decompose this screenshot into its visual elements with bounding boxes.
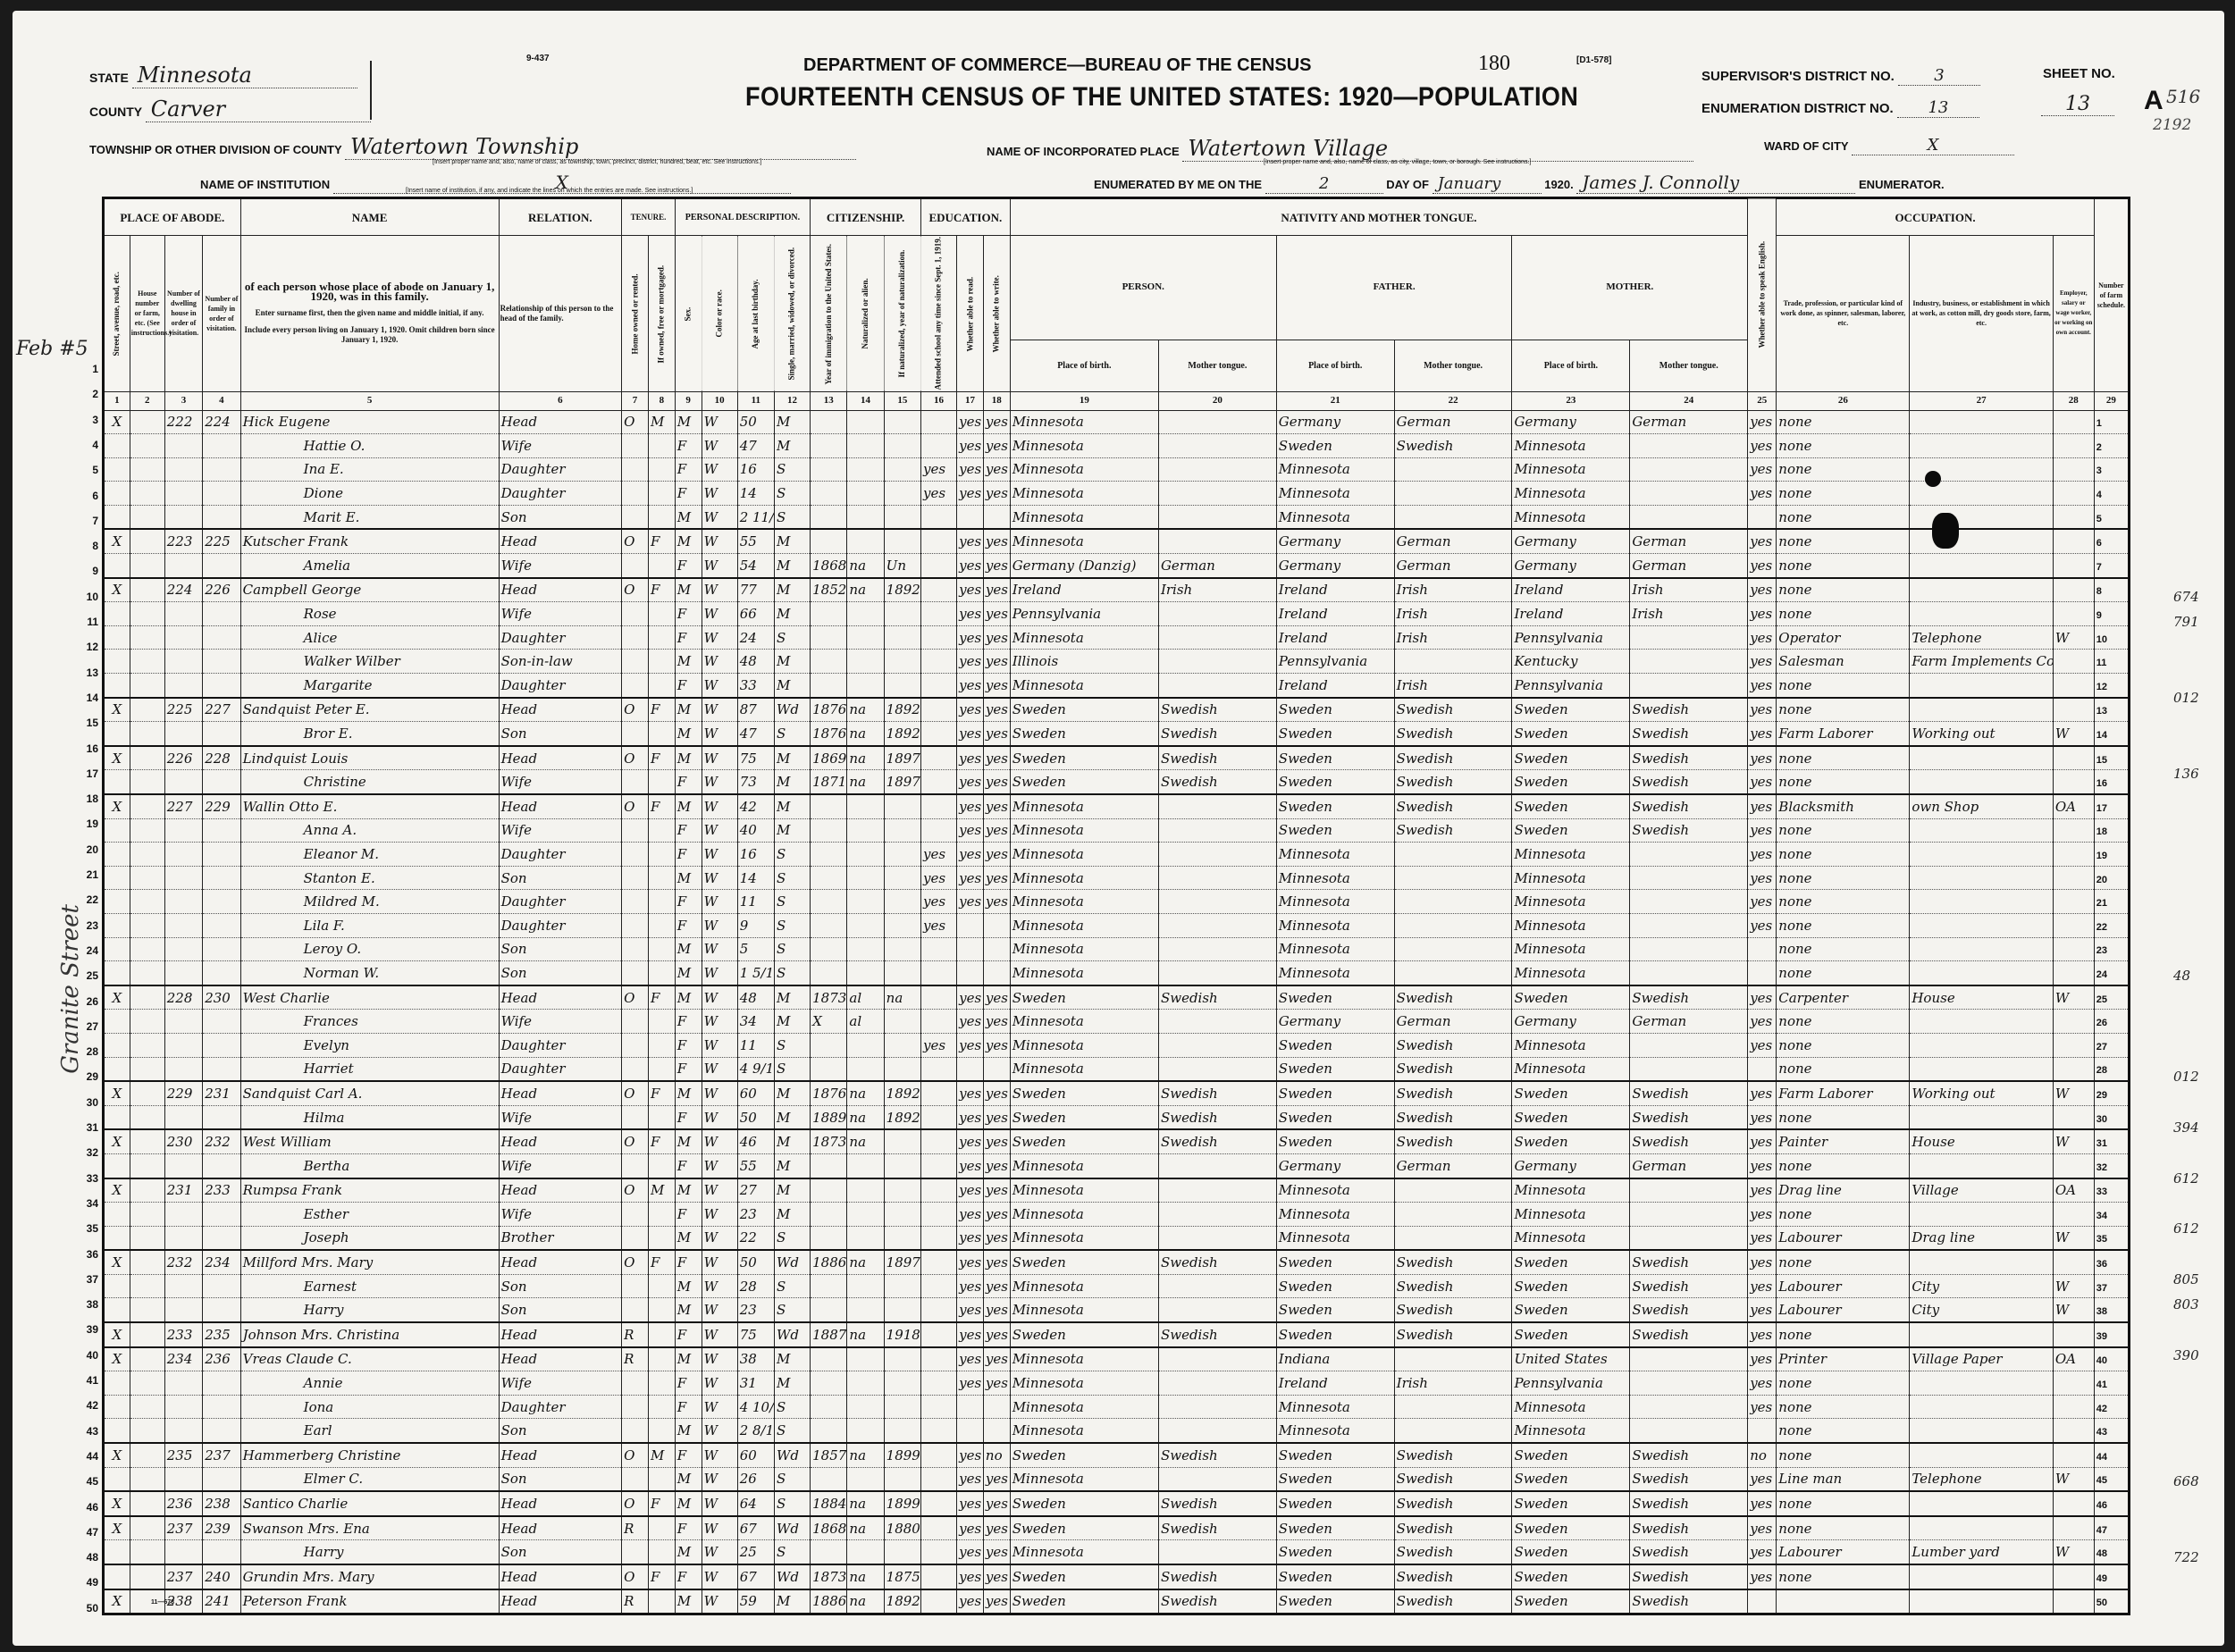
cell-relation: Wife [499, 1371, 622, 1396]
cell-home-owned [622, 1153, 649, 1178]
cell-read: yes [957, 1203, 984, 1227]
cell-relation: Son [499, 961, 622, 985]
cell-mother-birthplace: Pennsylvania [1512, 1371, 1630, 1396]
cell-race: W [702, 890, 737, 914]
cell-relation: Head [499, 410, 622, 434]
cell-naturalization-year: 1918 [884, 1322, 920, 1347]
cell-marital-status: S [774, 961, 810, 985]
cell-family-number: 241 [203, 1589, 240, 1614]
cell-attended-school [920, 1057, 956, 1081]
cell-dwelling-number [164, 1298, 202, 1322]
column-number: 2 [130, 391, 164, 410]
cell-person-name: Johnson Mrs. Christina [240, 1322, 499, 1347]
cell-street: X [104, 529, 130, 553]
cell-mother-birthplace: Sweden [1512, 1491, 1630, 1516]
cell-write: yes [983, 1589, 1010, 1614]
cell-immigration-year [811, 818, 847, 843]
cell-speaks-english [1748, 961, 1777, 985]
cell-marital-status: Wd [774, 698, 810, 722]
cell-street [104, 890, 130, 914]
col-father-pob: Place of birth. [1276, 340, 1394, 391]
cell-industry [1910, 1371, 2054, 1396]
cell-employer-class [2053, 1589, 2094, 1614]
cell-farm-schedule: 10 [2094, 625, 2129, 650]
cell-employer-class: W [2053, 1226, 2094, 1250]
cell-home-owned [622, 1057, 649, 1081]
cell-mother-tongue [1158, 1347, 1276, 1371]
cell-industry [1910, 1491, 2054, 1516]
cell-naturalized [847, 913, 884, 937]
cell-mother-tongue [1158, 505, 1276, 529]
cell-mother-tongue-mother [1630, 1057, 1748, 1081]
cell-occupation: none [1777, 1419, 1910, 1443]
cell-race: W [702, 866, 737, 890]
table-row: Anna A.WifeFW40MyesyesMinnesotaSwedenSwe… [104, 818, 2130, 843]
line-number: 50 [2096, 1597, 2107, 1608]
cell-father-birthplace: Sweden [1276, 985, 1394, 1010]
cell-immigration-year [811, 457, 847, 482]
cell-mother-birthplace: Sweden [1512, 818, 1630, 843]
cell-birthplace: Minnesota [1010, 1203, 1158, 1227]
left-line-number: 15 [71, 717, 98, 729]
cell-house-number [130, 529, 164, 553]
cell-read [957, 937, 984, 961]
line-number: 13 [2096, 706, 2107, 717]
cell-occupation: none [1777, 1153, 1910, 1178]
cell-naturalization-year [884, 1467, 920, 1491]
cell-occupation: none [1777, 1322, 1910, 1347]
cell-free-mortgaged [648, 961, 675, 985]
cell-home-owned [622, 866, 649, 890]
cell-read: yes [957, 698, 984, 722]
col-mother: MOTHER. [1512, 236, 1748, 340]
cell-mother-tongue-mother: Swedish [1630, 1491, 1748, 1516]
cell-naturalization-year [884, 625, 920, 650]
cell-street [104, 1153, 130, 1178]
cell-house-number [130, 1203, 164, 1227]
cell-employer-class [2053, 578, 2094, 602]
cell-sex: F [675, 434, 702, 458]
cell-race: W [702, 482, 737, 506]
cell-birthplace: Sweden [1010, 1491, 1158, 1516]
supervisor-label: SUPERVISOR'S DISTRICT NO. [1701, 69, 1895, 84]
cell-birthplace: Sweden [1010, 1516, 1158, 1540]
cell-father-tongue: Swedish [1394, 1129, 1512, 1153]
cell-person-name: Millford Mrs. Mary [240, 1250, 499, 1274]
cell-attended-school [920, 554, 956, 578]
cell-read [957, 1395, 984, 1419]
cell-street [104, 1540, 130, 1564]
cell-occupation: Labourer [1777, 1540, 1910, 1564]
cell-age: 67 [737, 1564, 774, 1589]
cell-write: yes [983, 410, 1010, 434]
cell-immigration-year: 1886 [811, 1589, 847, 1614]
cell-speaks-english: yes [1748, 1010, 1777, 1034]
cell-father-birthplace: Sweden [1276, 1322, 1394, 1347]
cell-home-owned: O [622, 1081, 649, 1105]
cell-write: yes [983, 674, 1010, 698]
cell-attended-school [920, 1105, 956, 1129]
cell-family-number [203, 1033, 240, 1057]
cell-father-birthplace: Sweden [1276, 1250, 1394, 1274]
cell-mother-birthplace: Sweden [1512, 794, 1630, 818]
cell-marital-status: M [774, 1081, 810, 1105]
cell-age: 60 [737, 1081, 774, 1105]
cell-marital-status: S [774, 1033, 810, 1057]
cell-occupation: Painter [1777, 1129, 1910, 1153]
cell-naturalization-year [884, 1274, 920, 1298]
column-number: 25 [1748, 391, 1777, 410]
cell-naturalized: na [847, 722, 884, 746]
cell-mother-birthplace: Minnesota [1512, 1419, 1630, 1443]
cell-immigration-year: 1871 [811, 770, 847, 794]
cell-mother-tongue-mother [1630, 457, 1748, 482]
left-line-number: 42 [71, 1399, 98, 1412]
cell-home-owned [622, 602, 649, 626]
cell-mother-birthplace: Germany [1512, 1153, 1630, 1178]
cell-mother-birthplace: Sweden [1512, 1081, 1630, 1105]
right-margin-note: 612 [2173, 1220, 2199, 1237]
cell-street [104, 457, 130, 482]
cell-age: 31 [737, 1371, 774, 1396]
cell-family-number: 237 [203, 1443, 240, 1467]
cell-naturalization-year: 1897 [884, 746, 920, 770]
cell-sex: F [675, 1516, 702, 1540]
cell-farm-schedule: 31 [2094, 1129, 2129, 1153]
cell-house-number [130, 698, 164, 722]
cell-birthplace: Minnesota [1010, 674, 1158, 698]
cell-naturalization-year [884, 650, 920, 674]
cell-free-mortgaged [648, 1226, 675, 1250]
incorporated-place-value: Watertown Village [1182, 136, 1693, 162]
cell-free-mortgaged: M [648, 410, 675, 434]
cell-marital-status: M [774, 1153, 810, 1178]
cell-house-number [130, 1129, 164, 1153]
cell-family-number [203, 961, 240, 985]
cell-occupation: none [1777, 890, 1910, 914]
cell-immigration-year: 1876 [811, 698, 847, 722]
cell-mother-tongue [1158, 1010, 1276, 1034]
cell-sex: F [675, 818, 702, 843]
cell-age: 11 [737, 1033, 774, 1057]
line-number: 12 [2096, 682, 2107, 692]
cell-home-owned: O [622, 746, 649, 770]
cell-naturalized [847, 457, 884, 482]
cell-industry [1910, 1564, 2054, 1589]
cell-age: 47 [737, 434, 774, 458]
cell-naturalized: na [847, 1322, 884, 1347]
cell-mother-tongue: Swedish [1158, 1081, 1276, 1105]
cell-mother-tongue-mother: Irish [1630, 578, 1748, 602]
cell-father-birthplace: Germany [1276, 1153, 1394, 1178]
cell-industry [1910, 1322, 2054, 1347]
cell-father-tongue [1394, 1395, 1512, 1419]
cell-mother-tongue-mother [1630, 1226, 1748, 1250]
cell-sex: M [675, 1298, 702, 1322]
col-father: FATHER. [1276, 236, 1512, 340]
cell-immigration-year [811, 961, 847, 985]
col-sex: Sex. [675, 236, 702, 392]
cell-naturalization-year [884, 529, 920, 553]
cell-age: 34 [737, 1010, 774, 1034]
cell-employer-class [2053, 1250, 2094, 1274]
cell-home-owned [622, 843, 649, 867]
cell-birthplace: Minnesota [1010, 1274, 1158, 1298]
cell-street [104, 1203, 130, 1227]
cell-industry: own Shop [1910, 794, 2054, 818]
cell-relation: Wife [499, 1203, 622, 1227]
right-margin-note: 136 [2173, 766, 2199, 782]
cell-read: yes [957, 770, 984, 794]
line-number: 15 [2096, 755, 2107, 766]
cell-mother-tongue: Swedish [1158, 1129, 1276, 1153]
column-number: 15 [884, 391, 920, 410]
cell-write: yes [983, 1153, 1010, 1178]
cell-marital-status: M [774, 1589, 810, 1614]
cell-street [104, 770, 130, 794]
cell-attended-school [920, 410, 956, 434]
cell-person-name: Margarite [240, 674, 499, 698]
cell-family-number [203, 1105, 240, 1129]
cell-immigration-year [811, 1540, 847, 1564]
cell-speaks-english: yes [1748, 578, 1777, 602]
cell-naturalized: na [847, 1564, 884, 1589]
right-margin-note: 805 [2173, 1271, 2199, 1287]
cell-person-name: Harry [240, 1540, 499, 1564]
cell-industry: Telephone [1910, 625, 2054, 650]
cell-dwelling-number [164, 1033, 202, 1057]
cell-family-number [203, 1153, 240, 1178]
left-line-number: 6 [71, 490, 98, 502]
cell-street [104, 843, 130, 867]
cell-street [104, 913, 130, 937]
cell-naturalization-year [884, 1347, 920, 1371]
cell-mother-tongue [1158, 1153, 1276, 1178]
cell-relation: Head [499, 1589, 622, 1614]
cell-father-tongue: Swedish [1394, 1564, 1512, 1589]
left-line-number: 27 [71, 1020, 98, 1033]
table-row: X234236Vreas Claude C.HeadRMW38MyesyesMi… [104, 1347, 2130, 1371]
cell-age: 60 [737, 1443, 774, 1467]
table-row: EarnestSonMW28SyesyesMinnesotaSwedenSwed… [104, 1274, 2130, 1298]
cell-dwelling-number: 226 [164, 746, 202, 770]
cell-speaks-english: yes [1748, 482, 1777, 506]
cell-father-tongue [1394, 961, 1512, 985]
cell-home-owned [622, 1540, 649, 1564]
cell-attended-school [920, 722, 956, 746]
cell-industry: Lumber yard [1910, 1540, 2054, 1564]
day-of-label: DAY OF [1386, 178, 1429, 191]
cell-person-name: Campbell George [240, 578, 499, 602]
cell-immigration-year: 1873 [811, 1564, 847, 1589]
cell-naturalization-year: 1897 [884, 1250, 920, 1274]
cell-house-number [130, 961, 164, 985]
cell-sex: F [675, 770, 702, 794]
cell-speaks-english: yes [1748, 1564, 1777, 1589]
cell-home-owned [622, 722, 649, 746]
cell-father-tongue [1394, 843, 1512, 867]
cell-naturalized [847, 650, 884, 674]
cell-speaks-english: yes [1748, 698, 1777, 722]
cell-speaks-english: yes [1748, 410, 1777, 434]
cell-mother-tongue [1158, 818, 1276, 843]
cell-mother-tongue: Swedish [1158, 1322, 1276, 1347]
cell-sex: M [675, 746, 702, 770]
enumerated-month: January [1433, 174, 1542, 194]
cell-street [104, 1274, 130, 1298]
cell-home-owned [622, 625, 649, 650]
cell-occupation: Labourer [1777, 1226, 1910, 1250]
line-number: 39 [2096, 1331, 2107, 1342]
table-row: X233235Johnson Mrs. ChristinaHeadRFW75Wd… [104, 1322, 2130, 1347]
cell-sex: F [675, 625, 702, 650]
cell-house-number [130, 1178, 164, 1203]
cell-relation: Head [499, 1178, 622, 1203]
cell-family-number [203, 457, 240, 482]
cell-dwelling-number [164, 434, 202, 458]
cell-farm-schedule: 15 [2094, 746, 2129, 770]
column-number: 29 [2094, 391, 2129, 410]
cell-mother-tongue: Swedish [1158, 1589, 1276, 1614]
cell-mother-tongue-mother: German [1630, 1153, 1748, 1178]
cell-employer-class [2053, 1516, 2094, 1540]
cell-naturalized: na [847, 698, 884, 722]
cell-marital-status: M [774, 674, 810, 698]
cell-employer-class: W [2053, 722, 2094, 746]
line-number: 43 [2096, 1427, 2107, 1438]
cell-house-number [130, 1226, 164, 1250]
cell-employer-class [2053, 457, 2094, 482]
column-number: 6 [499, 391, 622, 410]
enumerated-year: 1920. [1544, 178, 1574, 191]
cell-industry [1910, 554, 2054, 578]
cell-mother-tongue-mother [1630, 913, 1748, 937]
cell-naturalized [847, 1033, 884, 1057]
cell-street: X [104, 1129, 130, 1153]
cell-street [104, 1395, 130, 1419]
cell-occupation: none [1777, 1443, 1910, 1467]
cell-street: X [104, 578, 130, 602]
left-line-number: 1 [71, 363, 98, 375]
cell-mother-birthplace: Minnesota [1512, 890, 1630, 914]
cell-street [104, 1298, 130, 1322]
cell-immigration-year [811, 1203, 847, 1227]
cell-speaks-english: yes [1748, 434, 1777, 458]
cell-home-owned: O [622, 1178, 649, 1203]
cell-attended-school [920, 674, 956, 698]
cell-employer-class [2053, 1395, 2094, 1419]
column-number: 8 [648, 391, 675, 410]
cell-person-name: Kutscher Frank [240, 529, 499, 553]
cell-naturalized [847, 602, 884, 626]
cell-street [104, 650, 130, 674]
table-row: X225227Sandquist Peter E.HeadOFMW87Wd187… [104, 698, 2130, 722]
cell-naturalization-year [884, 818, 920, 843]
ward-field: WARD OF CITY X [1764, 136, 2014, 155]
cell-dwelling-number: 236 [164, 1491, 202, 1516]
cell-write [983, 961, 1010, 985]
cell-occupation: Salesman [1777, 650, 1910, 674]
cell-house-number [130, 1250, 164, 1274]
cell-father-birthplace: Sweden [1276, 1274, 1394, 1298]
column-number: 16 [920, 391, 956, 410]
cell-street [104, 722, 130, 746]
cell-age: 54 [737, 554, 774, 578]
cell-employer-class [2053, 1491, 2094, 1516]
cell-house-number [130, 866, 164, 890]
cell-attended-school [920, 746, 956, 770]
cell-dwelling-number: 223 [164, 529, 202, 553]
left-line-number: 22 [71, 893, 98, 906]
cell-attended-school: yes [920, 913, 956, 937]
cell-mother-tongue [1158, 866, 1276, 890]
cell-write: yes [983, 529, 1010, 553]
cell-sex: M [675, 529, 702, 553]
cell-person-name: Evelyn [240, 1033, 499, 1057]
cell-free-mortgaged [648, 482, 675, 506]
cell-birthplace: Sweden [1010, 985, 1158, 1010]
cell-naturalization-year: Un [884, 554, 920, 578]
cell-attended-school [920, 1153, 956, 1178]
cell-write [983, 913, 1010, 937]
cell-speaks-english: yes [1748, 866, 1777, 890]
table-row: X229231Sandquist Carl A.HeadOFMW60M1876n… [104, 1081, 2130, 1105]
cell-father-birthplace: Sweden [1276, 1443, 1394, 1467]
cell-mother-tongue: Swedish [1158, 1491, 1276, 1516]
cell-birthplace: Sweden [1010, 698, 1158, 722]
table-row: Ina E.DaughterFW16SyesyesyesMinnesotaMin… [104, 457, 2130, 482]
cell-free-mortgaged [648, 650, 675, 674]
column-number: 5 [240, 391, 499, 410]
cell-family-number [203, 1371, 240, 1396]
cell-race: W [702, 1033, 737, 1057]
cell-birthplace: Minnesota [1010, 434, 1158, 458]
cell-father-tongue [1394, 937, 1512, 961]
cell-speaks-english: yes [1748, 1371, 1777, 1396]
cell-mother-birthplace: Minnesota [1512, 1395, 1630, 1419]
cell-marital-status: S [774, 890, 810, 914]
cell-attended-school [920, 1371, 956, 1396]
cell-write: yes [983, 985, 1010, 1010]
cell-free-mortgaged [648, 1516, 675, 1540]
cell-street: X [104, 1178, 130, 1203]
cell-sex: M [675, 650, 702, 674]
cell-naturalization-year [884, 1419, 920, 1443]
cell-speaks-english: yes [1748, 1178, 1777, 1203]
cell-free-mortgaged [648, 554, 675, 578]
cell-relation: Son [499, 1298, 622, 1322]
cell-naturalization-year [884, 913, 920, 937]
cell-attended-school [920, 1010, 956, 1034]
cell-person-name: Peterson Frank [240, 1589, 499, 1614]
cell-birthplace: Minnesota [1010, 913, 1158, 937]
left-line-number: 32 [71, 1146, 98, 1159]
cell-relation: Son [499, 937, 622, 961]
cell-mother-tongue-mother: Swedish [1630, 1105, 1748, 1129]
cell-farm-schedule: 26 [2094, 1010, 2129, 1034]
group-tenure: TENURE. [622, 198, 676, 236]
group-name: NAME [240, 198, 499, 236]
cell-relation: Daughter [499, 1033, 622, 1057]
incorporated-place-field: NAME OF INCORPORATED PLACE Watertown Vil… [987, 136, 1693, 162]
cell-sex: F [675, 1010, 702, 1034]
cell-family-number [203, 674, 240, 698]
cell-person-name: Esther [240, 1203, 499, 1227]
cell-mother-birthplace: Sweden [1512, 985, 1630, 1010]
cell-write: yes [983, 434, 1010, 458]
cell-industry [1910, 1203, 2054, 1227]
cell-sex: F [675, 1203, 702, 1227]
